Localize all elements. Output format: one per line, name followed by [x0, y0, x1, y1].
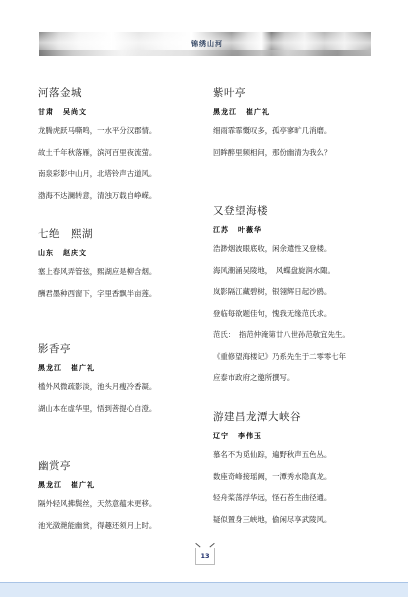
poem-line: 湖山本在虚华里，悟到菩提心自澄。: [38, 404, 156, 414]
poem-line: 池光潋滟能幽赏，得趣还须月上时。: [38, 521, 156, 531]
author-region: 黑龙江: [38, 364, 62, 372]
author-region: 山东: [38, 249, 54, 257]
landscape-banner: 锦绣山河: [39, 32, 371, 56]
poem-title: 又登望海楼: [213, 204, 350, 218]
poem-line: 疑似置身三峡地，偷闲尽享武陵风。: [213, 515, 331, 525]
author-region: 黑龙江: [38, 481, 62, 489]
poem-line: 渤海不达澜转意，清浊万载自峥嵘。: [38, 191, 156, 201]
poem-line: 南泉彩影中山月，北塔铃声古道风。: [38, 169, 156, 179]
author-name: 赵庆文: [63, 249, 87, 257]
poem-line: 海风潮涌吴陵地， 风蝶盘旋润水陬。: [213, 266, 350, 276]
poem-he-luo-jin-cheng: 河落金城 甘肃吴尚文 龙腾虎跃马嘶鸣，一水平分汉郡情。 故土千年秋落雁，滨河百里…: [38, 86, 156, 212]
author-name: 叶薇华: [238, 226, 262, 234]
poem-title: 河落金城: [38, 86, 156, 100]
poem-author: 黑龙江崔广礼: [38, 480, 156, 490]
poem-title: 七绝 熙湖: [38, 227, 156, 241]
poem-line: 酬君墨种西窗下，字里香飘半亩莲。: [38, 289, 156, 299]
poem-title: 影香亭: [38, 342, 156, 356]
poem-note: 范氏： 指范仲淹第廿八世孙范敬宜先生。: [213, 330, 350, 340]
banner-title: 锦绣山河: [191, 39, 223, 49]
poem-line: 轻舟桨荡浮华远，怪石苔生曲径通。: [213, 493, 331, 503]
poem-lines: 浩渺烟波眼底收，闲余遣性又登楼。 海风潮涌吴陵地， 风蝶盘旋润水陬。 岚影隔江藏…: [213, 244, 350, 383]
poem-line: 岚影隔江藏碧树，银翎辉日起沙鸥。: [213, 287, 350, 297]
author-name: 吴尚文: [63, 108, 87, 116]
poem-lines: 龙腾虎跃马嘶鸣，一水平分汉郡情。 故土千年秋落雁，滨河百里夜流萤。 南泉彩影中山…: [38, 126, 156, 201]
poem-qi-jue-xi-hu: 七绝 熙湖 山东赵庆文 塞上春风弄管弦，熙湖应是柳含烟。 酬君墨种西窗下，字里香…: [38, 227, 156, 310]
poem-title: 游建昌龙潭大峡谷: [213, 410, 331, 424]
author-region: 江苏: [213, 226, 229, 234]
poem-you-jian-chang-long-tan: 游建昌龙潭大峡谷 辽宁李伟玉 慕名不为觅仙踪，遍野秋声五色丛。 数座奇峰接瑶阙，…: [213, 410, 331, 536]
author-name: 崔广礼: [71, 364, 95, 372]
poem-line: 塞上春风弄管弦，熙湖应是柳含烟。: [38, 267, 156, 277]
author-name: 崔广礼: [246, 108, 270, 116]
poem-you-deng-wang-hai-lou: 又登望海楼 江苏叶薇华 浩渺烟波眼底收，闲余遣性又登楼。 海风潮涌吴陵地， 风蝶…: [213, 204, 350, 395]
poem-line: 慕名不为觅仙踪，遍野秋声五色丛。: [213, 450, 331, 460]
poem-title: 紫叶亭: [213, 86, 331, 100]
author-name: 崔广礼: [71, 481, 95, 489]
poem-lines: 塞上春风弄管弦，熙湖应是柳含烟。 酬君墨种西窗下，字里香飘半亩莲。: [38, 267, 156, 299]
author-region: 黑龙江: [213, 108, 237, 116]
poem-lines: 槛外风微疏影淡，池头月瘦冷香凝。 湖山本在虚华里，悟到菩提心自澄。: [38, 382, 156, 414]
poem-ying-xiang-ting: 影香亭 黑龙江崔广礼 槛外风微疏影淡，池头月瘦冷香凝。 湖山本在虚华里，悟到菩提…: [38, 342, 156, 425]
poem-line: 隔外轻风拂鬓丝，天然意蕴未更移。: [38, 499, 156, 509]
poem-line: 数座奇峰接瑶阙，一潭秀水隐真龙。: [213, 472, 331, 482]
poem-lines: 隔外轻风拂鬓丝，天然意蕴未更移。 池光潋滟能幽赏，得趣还须月上时。: [38, 499, 156, 531]
poem-lines: 细雨霏霏慨叹多，孤亭寥旷几消磨。 回眸醉里频相问，那份幽清为我么？: [213, 126, 331, 158]
author-region: 辽宁: [213, 432, 229, 440]
poem-lines: 慕名不为觅仙踪，遍野秋声五色丛。 数座奇峰接瑶阙，一潭秀水隐真龙。 轻舟桨荡浮华…: [213, 450, 331, 525]
author-name: 李伟玉: [238, 432, 262, 440]
poem-author: 黑龙江崔广礼: [213, 107, 331, 117]
poem-author: 甘肃吴尚文: [38, 107, 156, 117]
poem-note: 《重修望海楼记》乃系先生于二零零七年: [213, 352, 350, 362]
poem-author: 江苏叶薇华: [213, 225, 350, 235]
poem-line: 登临每欲题佳句，愧我无缘范氏求。: [213, 309, 350, 319]
author-region: 甘肃: [38, 108, 54, 116]
viewer-status-bar: [0, 582, 408, 597]
poem-title: 幽赏亭: [38, 459, 156, 473]
poem-line: 故土千年秋落雁，滨河百里夜流萤。: [38, 148, 156, 158]
poem-line: 浩渺烟波眼底收，闲余遣性又登楼。: [213, 244, 350, 254]
poem-note: 应泰市政府之邀所撰写。: [213, 373, 350, 383]
poem-author: 黑龙江崔广礼: [38, 363, 156, 373]
poem-line: 槛外风微疏影淡，池头月瘦冷香凝。: [38, 382, 156, 392]
poem-line: 细雨霏霏慨叹多，孤亭寥旷几消磨。: [213, 126, 331, 136]
poem-author: 辽宁李伟玉: [213, 431, 331, 441]
poem-zi-ye-ting: 紫叶亭 黑龙江崔广礼 细雨霏霏慨叹多，孤亭寥旷几消磨。 回眸醉里频相问，那份幽清…: [213, 86, 331, 169]
poem-line: 龙腾虎跃马嘶鸣，一水平分汉郡情。: [38, 126, 156, 136]
page-number: 13: [195, 548, 215, 565]
poem-you-shang-ting: 幽赏亭 黑龙江崔广礼 隔外轻风拂鬓丝，天然意蕴未更移。 池光潋滟能幽赏，得趣还须…: [38, 459, 156, 542]
poem-author: 山东赵庆文: [38, 248, 156, 258]
poem-line: 回眸醉里频相问，那份幽清为我么？: [213, 148, 331, 158]
